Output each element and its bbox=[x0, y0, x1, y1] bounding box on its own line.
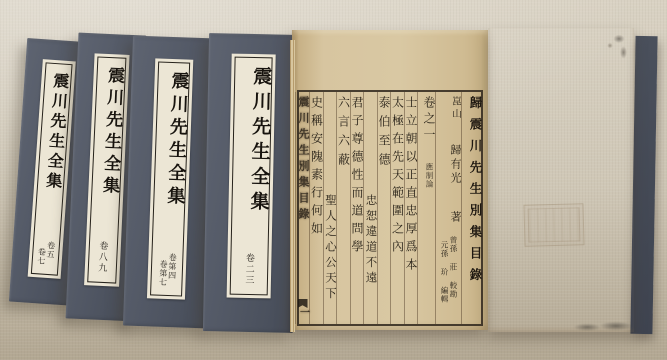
title-label-3: 震川先生全集 卷第四 卷第七 bbox=[147, 58, 193, 299]
printed-contents-page: 歸震川先生別集目錄 崑山 歸有光 著 曾孫 莊 較勘 元孫 玠 編輯 卷之一 應… bbox=[292, 30, 488, 330]
page-number: 一 bbox=[298, 307, 308, 322]
toc-entry: 忠恕違道不遠 bbox=[363, 92, 377, 324]
volume-heading-column: 卷之一 應制論 bbox=[417, 92, 435, 324]
volume-marking-2: 卷八九 bbox=[95, 241, 109, 275]
author-column: 崑山 歸有光 著 曾孫 莊 較勘 元孫 玠 編輯 bbox=[435, 92, 461, 324]
volume-marking-1: 卷五 卷七 bbox=[36, 240, 55, 266]
author-name: 歸有光 bbox=[449, 144, 462, 186]
contents-text-frame: 歸震川先生別集目錄 崑山 歸有光 著 曾孫 莊 較勘 元孫 玠 編輯 卷之一 應… bbox=[297, 90, 483, 326]
label-frame-4: 震川先生全集 卷二三 bbox=[230, 57, 273, 296]
label-frame-3: 震川先生全集 卷第四 卷第七 bbox=[150, 62, 190, 297]
toc-entry: 六言六蔽 bbox=[336, 92, 350, 324]
contents-title-column: 歸震川先生別集目錄 bbox=[461, 92, 481, 324]
volume-heading: 卷之一 bbox=[422, 96, 436, 144]
toc-entry: 士立朝以正直忠厚爲本 bbox=[404, 92, 418, 324]
volume-marking-4: 卷二三 bbox=[242, 253, 256, 286]
book-title-2: 震川先生全集 bbox=[99, 66, 125, 199]
book-back-cover-edge bbox=[630, 36, 657, 334]
toc-entry: 聖人之心公天下 bbox=[323, 92, 337, 324]
volume-marking-3: 卷第四 卷第七 bbox=[158, 253, 177, 288]
book-title-3: 震川先生全集 bbox=[164, 71, 190, 210]
editors-columns: 曾孫 莊 較勘 元孫 玠 編輯 bbox=[440, 236, 458, 320]
edge-smudge bbox=[568, 320, 632, 332]
ink-stain bbox=[598, 32, 628, 66]
title-label-4: 震川先生全集 卷二三 bbox=[227, 54, 276, 299]
volume-subheading: 應制論 bbox=[425, 163, 434, 189]
spine-fold-column: 震川先生別集目錄 一 bbox=[295, 92, 309, 324]
spine-title: 震川先生別集目錄 bbox=[297, 96, 310, 224]
faint-seal-stamp bbox=[523, 203, 584, 247]
label-frame-1: 震川先生全集 卷五 卷七 bbox=[30, 62, 72, 275]
toc-entry: 泰伯至德 bbox=[377, 92, 391, 324]
seal-stamp-inner-border bbox=[528, 207, 581, 242]
label-frame-2: 震川先生全集 卷八九 bbox=[87, 56, 126, 283]
author-suffix: 著 bbox=[449, 211, 462, 222]
opened-book: 歸震川先生別集目錄 崑山 歸有光 著 曾孫 莊 較勘 元孫 玠 編輯 卷之一 應… bbox=[290, 24, 658, 338]
book-title-1: 震川先生全集 bbox=[43, 72, 70, 193]
book-cover-4: 震川先生全集 卷二三 bbox=[203, 33, 299, 333]
toc-entry: 史稱安隗素行何如 bbox=[309, 92, 323, 324]
photo-of-zhenchuan-collected-works: 震川先生全集 卷五 卷七 震川先生全集 卷八九 震川先生全集 卷第四 卷第七 bbox=[0, 0, 667, 360]
book-title-4: 震川先生全集 bbox=[247, 66, 272, 216]
title-label-2: 震川先生全集 卷八九 bbox=[84, 53, 129, 286]
author-place: 崑山 bbox=[450, 96, 461, 121]
editor-2: 元孫 玠 編輯 bbox=[440, 236, 449, 320]
toc-entry: 君子尊德性而道問學 bbox=[350, 92, 364, 324]
toc-entry: 太極在先天範圍之內 bbox=[390, 92, 404, 324]
editor-1: 曾孫 莊 較勘 bbox=[449, 236, 458, 320]
blank-facing-page bbox=[488, 28, 634, 332]
